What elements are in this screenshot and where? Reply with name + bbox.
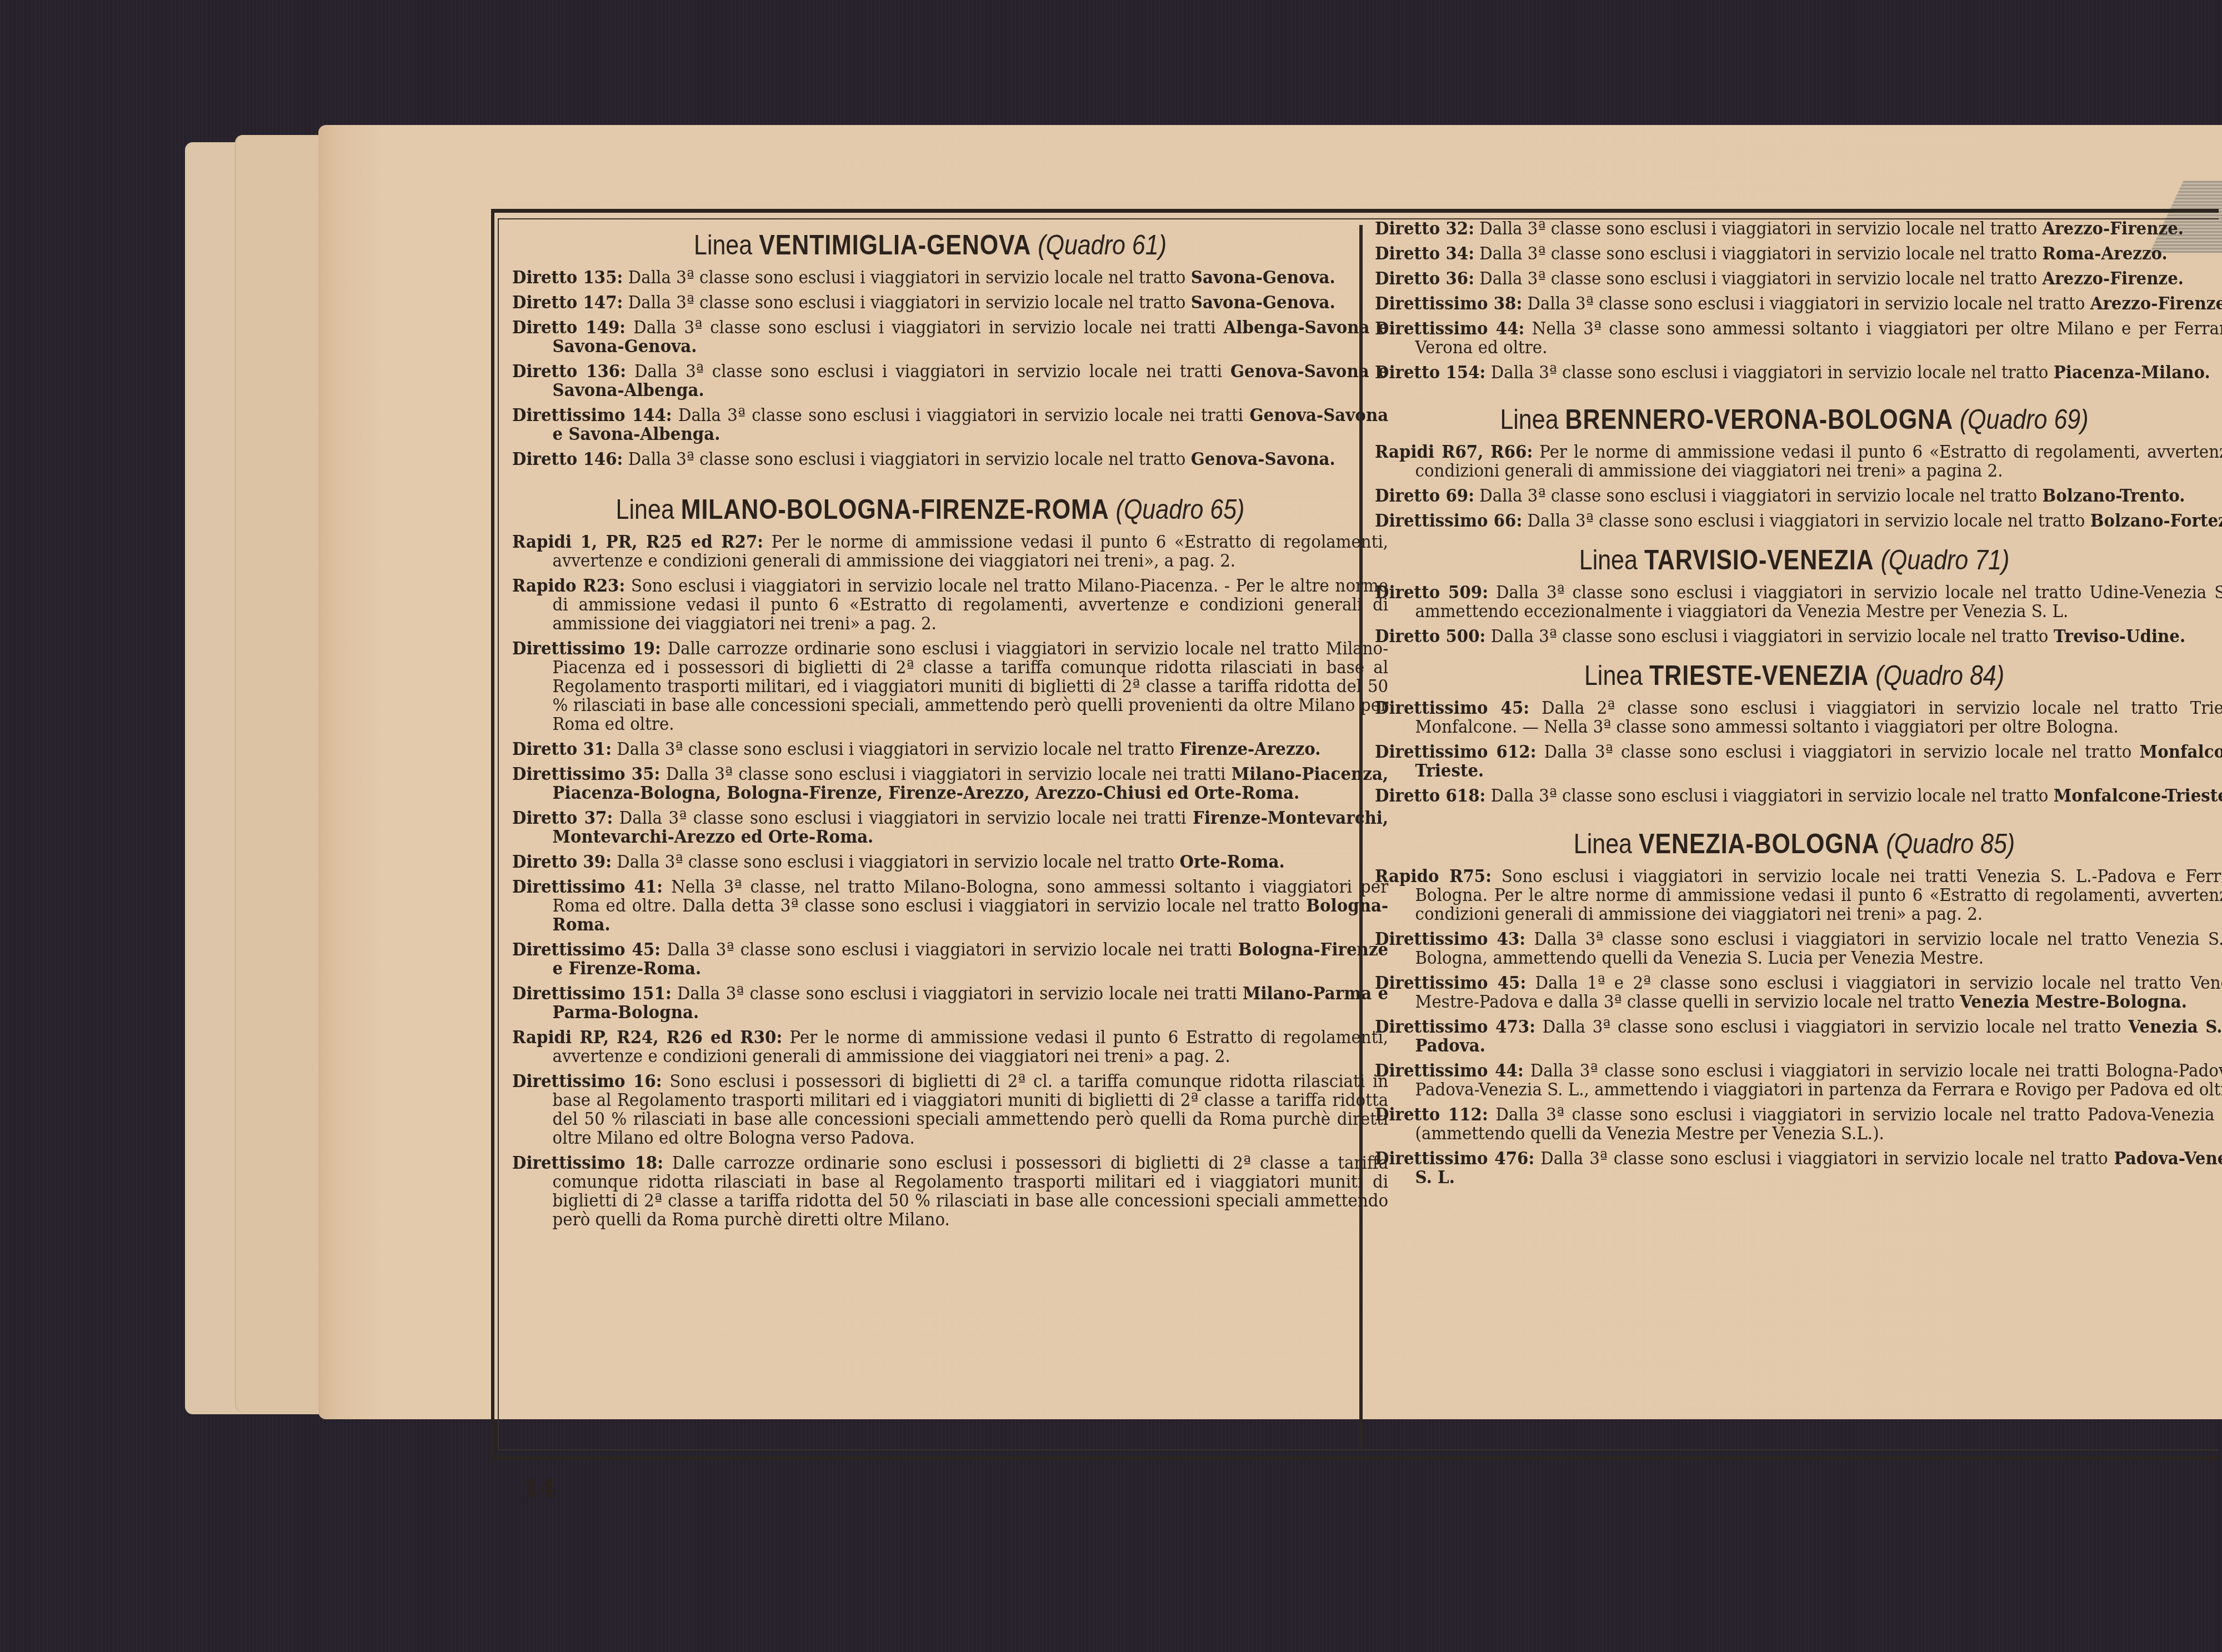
section-title: Linea VENEZIA-BOLOGNA (Quadro 85)	[1434, 828, 2155, 859]
train-entry: Rapido R23: Sono esclusi i viaggiatori i…	[512, 577, 1388, 633]
train-entry: Diretto 509: Dalla 3ª classe sono esclus…	[1375, 583, 2222, 621]
train-entry: Direttissimo 44: Nella 3ª classe sono am…	[1375, 319, 2222, 357]
section-title: Linea TARVISIO-VENEZIA (Quadro 71)	[1434, 544, 2155, 575]
train-entry: Diretto 146: Dalla 3ª classe sono esclus…	[512, 450, 1388, 469]
train-entry: Direttissimo 35: Dalla 3ª classe sono es…	[512, 765, 1388, 803]
line-name: BRENNERO-VERONA-BOLOGNA	[1565, 404, 1953, 435]
train-entry: Direttissimo 612: Dalla 3ª classe sono e…	[1375, 743, 2222, 780]
train-entry: Direttissimo 18: Dalle carrozze ordinari…	[512, 1154, 1388, 1229]
quadro-ref: (Quadro 69)	[1960, 404, 2089, 435]
line-name: TARVISIO-VENEZIA	[1644, 544, 1874, 575]
train-entry: Direttissimo 45: Dalla 1ª e 2ª classe so…	[1375, 974, 2222, 1012]
train-entry: Direttissimo 38: Dalla 3ª classe sono es…	[1375, 294, 2222, 313]
train-entry: Diretto 154: Dalla 3ª classe sono esclus…	[1375, 363, 2222, 382]
line-name: TRIESTE-VENEZIA	[1649, 660, 1869, 691]
quadro-ref: (Quadro 84)	[1875, 660, 2004, 691]
continued-entries: Diretto 32: Dalla 3ª classe sono esclusi…	[1375, 219, 2214, 382]
train-entry: Diretto 147: Dalla 3ª classe sono esclus…	[512, 293, 1388, 312]
train-entry: Rapido R75: Sono esclusi i viaggiatori i…	[1375, 867, 2222, 924]
section-title: Linea BRENNERO-VERONA-BOLOGNA (Quadro 69…	[1434, 404, 2155, 435]
train-entry: Direttissimo 476: Dalla 3ª classe sono e…	[1375, 1149, 2222, 1187]
train-entry: Diretto 37: Dalla 3ª classe sono esclusi…	[512, 809, 1388, 847]
train-entry: Direttissimo 44: Dalla 3ª classe sono es…	[1375, 1062, 2222, 1099]
section-title: Linea TRIESTE-VENEZIA (Quadro 84)	[1434, 660, 2155, 691]
train-entry: Direttissimo 45: Dalla 3ª classe sono es…	[512, 940, 1388, 978]
train-entry: Direttissimo 151: Dalla 3ª classe sono e…	[512, 984, 1388, 1022]
train-entry: Direttissimo 16: Sono esclusi i possesso…	[512, 1072, 1388, 1148]
section-tarvisio-venezia: Linea TARVISIO-VENEZIA (Quadro 71) Diret…	[1375, 544, 2214, 646]
line-name: VENTIMIGLIA-GENOVA	[759, 229, 1031, 261]
section-brennero-verona-bologna: Linea BRENNERO-VERONA-BOLOGNA (Quadro 69…	[1375, 404, 2214, 530]
train-entry: Diretto 136: Dalla 3ª classe sono esclus…	[512, 362, 1388, 400]
quadro-ref: (Quadro 61)	[1038, 229, 1167, 261]
train-entry: Diretto 34: Dalla 3ª classe sono esclusi…	[1375, 244, 2222, 263]
train-entry: Direttissimo 41: Nella 3ª classe, nel tr…	[512, 878, 1388, 934]
train-entry: Diretto 69: Dalla 3ª classe sono esclusi…	[1375, 487, 2222, 505]
train-entry: Diretto 32: Dalla 3ª classe sono esclusi…	[1375, 219, 2222, 238]
train-entry: Direttissimo 473: Dalla 3ª classe sono e…	[1375, 1018, 2222, 1055]
section-milano-bologna-firenze-roma: Linea MILANO-BOLOGNA-FIRENZE-ROMA (Quadr…	[512, 494, 1348, 1229]
train-entry: Diretto 135: Dalla 3ª classe sono esclus…	[512, 268, 1388, 287]
train-entry: Diretto 149: Dalla 3ª classe sono esclus…	[512, 318, 1388, 356]
line-name: VENEZIA-BOLOGNA	[1639, 828, 1879, 859]
train-entry: Rapidi R67, R66: Per le norme di ammissi…	[1375, 443, 2222, 480]
train-entry: Diretto 618: Dalla 3ª classe sono esclus…	[1375, 787, 2222, 805]
right-column: Diretto 32: Dalla 3ª classe sono esclusi…	[1375, 219, 2214, 1193]
train-entry: Diretto 31: Dalla 3ª classe sono esclusi…	[512, 740, 1388, 759]
train-entry: Diretto 112: Dalla 3ª classe sono esclus…	[1375, 1105, 2222, 1143]
quadro-ref: (Quadro 71)	[1880, 544, 2009, 575]
train-entry: Direttissimo 66: Dalla 3ª classe sono es…	[1375, 512, 2222, 530]
train-entry: Direttissimo 45: Dalla 2ª classe sono es…	[1375, 699, 2222, 737]
train-entry: Diretto 500: Dalla 3ª classe sono esclus…	[1375, 627, 2222, 646]
section-trieste-venezia: Linea TRIESTE-VENEZIA (Quadro 84) Dirett…	[1375, 660, 2214, 805]
left-column: Linea VENTIMIGLIA-GENOVA (Quadro 61) Dir…	[512, 219, 1348, 1235]
train-entry: Direttissimo 144: Dalla 3ª classe sono e…	[512, 406, 1388, 444]
train-entry: Diretto 36: Dalla 3ª classe sono esclusi…	[1375, 269, 2222, 288]
section-ventimiglia-genova: Linea VENTIMIGLIA-GENOVA (Quadro 61) Dir…	[512, 229, 1348, 469]
section-venezia-bologna: Linea VENEZIA-BOLOGNA (Quadro 85) Rapido…	[1375, 828, 2214, 1187]
section-title: Linea VENTIMIGLIA-GENOVA (Quadro 61)	[570, 229, 1289, 261]
line-name: MILANO-BOLOGNA-FIRENZE-ROMA	[681, 494, 1109, 525]
train-entry: Diretto 39: Dalla 3ª classe sono esclusi…	[512, 853, 1388, 872]
quadro-ref: (Quadro 65)	[1116, 494, 1245, 525]
section-title: Linea MILANO-BOLOGNA-FIRENZE-ROMA (Quadr…	[570, 494, 1289, 525]
quadro-ref: (Quadro 85)	[1886, 828, 2015, 859]
page-number: 14	[522, 1475, 556, 1503]
train-entry: Direttissimo 19: Dalle carrozze ordinari…	[512, 639, 1388, 734]
train-entry: Direttissimo 43: Dalla 3ª classe sono es…	[1375, 930, 2222, 968]
train-entry: Rapidi 1, PR, R25 ed R27: Per le norme d…	[512, 533, 1388, 570]
train-entry: Rapidi RP, R24, R26 ed R30: Per le norme…	[512, 1028, 1388, 1066]
